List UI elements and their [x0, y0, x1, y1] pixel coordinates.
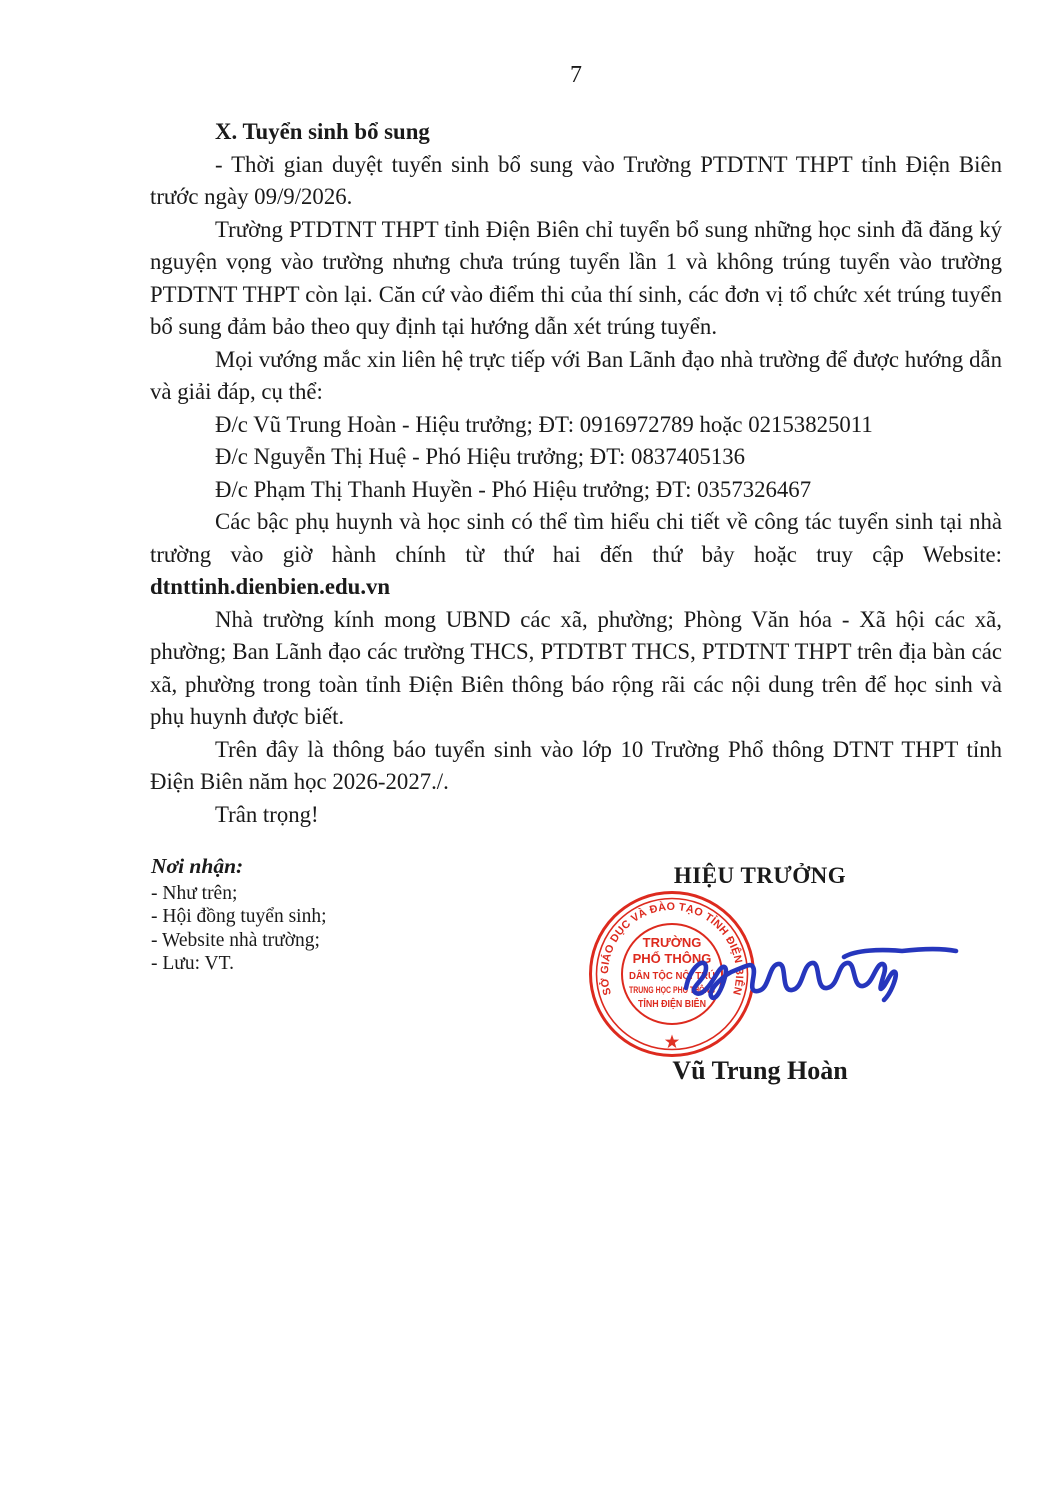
contact-line-vice-principal-1: Đ/c Nguyễn Thị Huệ - Phó Hiệu trưởng; ĐT…: [150, 441, 1002, 474]
closing-line: Trân trọng!: [150, 799, 1002, 832]
paragraph-website: Các bậc phụ huynh và học sinh có thể tìm…: [150, 506, 1002, 604]
website-prefix-text: Các bậc phụ huynh và học sinh có thể tìm…: [150, 509, 1002, 567]
handwritten-signature: [640, 920, 980, 1020]
contact-line-vice-principal-2: Đ/c Phạm Thị Thanh Huyền - Phó Hiệu trưở…: [150, 474, 1002, 507]
document-body: X. Tuyển sinh bổ sung - Thời gian duyệt …: [150, 116, 1002, 831]
website-link: dtnttinh.dienbien.edu.vn: [150, 574, 390, 599]
section-heading: X. Tuyển sinh bổ sung: [150, 116, 1002, 149]
paragraph-supplementary-admission: Trường PTDTNT THPT tỉnh Điện Biên chỉ tu…: [150, 214, 1002, 344]
recipients-block: Nơi nhận: - Như trên; - Hội đồng tuyển s…: [151, 855, 327, 975]
recipient-item: - Website nhà trường;: [151, 929, 327, 952]
star-icon: [665, 1035, 679, 1049]
paragraph-review-time: - Thời gian duyệt tuyển sinh bổ sung vào…: [150, 149, 1002, 214]
signature-stroke: [686, 963, 896, 1000]
recipient-item: - Lưu: VT.: [151, 952, 327, 975]
paragraph-contact-intro: Mọi vướng mắc xin liên hệ trực tiếp với …: [150, 344, 1002, 409]
page-number: 7: [150, 62, 1002, 89]
paragraph-summary: Trên đây là thông báo tuyển sinh vào lớp…: [150, 734, 1002, 799]
signer-name: Vũ Trung Hoàn: [560, 1056, 960, 1086]
signer-title: HIỆU TRƯỞNG: [560, 863, 960, 889]
recipients-title: Nơi nhận:: [151, 855, 327, 878]
contact-line-principal: Đ/c Vũ Trung Hoàn - Hiệu trưởng; ĐT: 091…: [150, 409, 1002, 442]
recipient-item: - Như trên;: [151, 882, 327, 905]
paragraph-announcement-request: Nhà trường kính mong UBND các xã, phường…: [150, 604, 1002, 734]
recipient-item: - Hội đồng tuyển sinh;: [151, 905, 327, 928]
signature-crossbar: [844, 949, 956, 957]
document-page: 7 X. Tuyển sinh bổ sung - Thời gian duyệ…: [0, 0, 1061, 1500]
